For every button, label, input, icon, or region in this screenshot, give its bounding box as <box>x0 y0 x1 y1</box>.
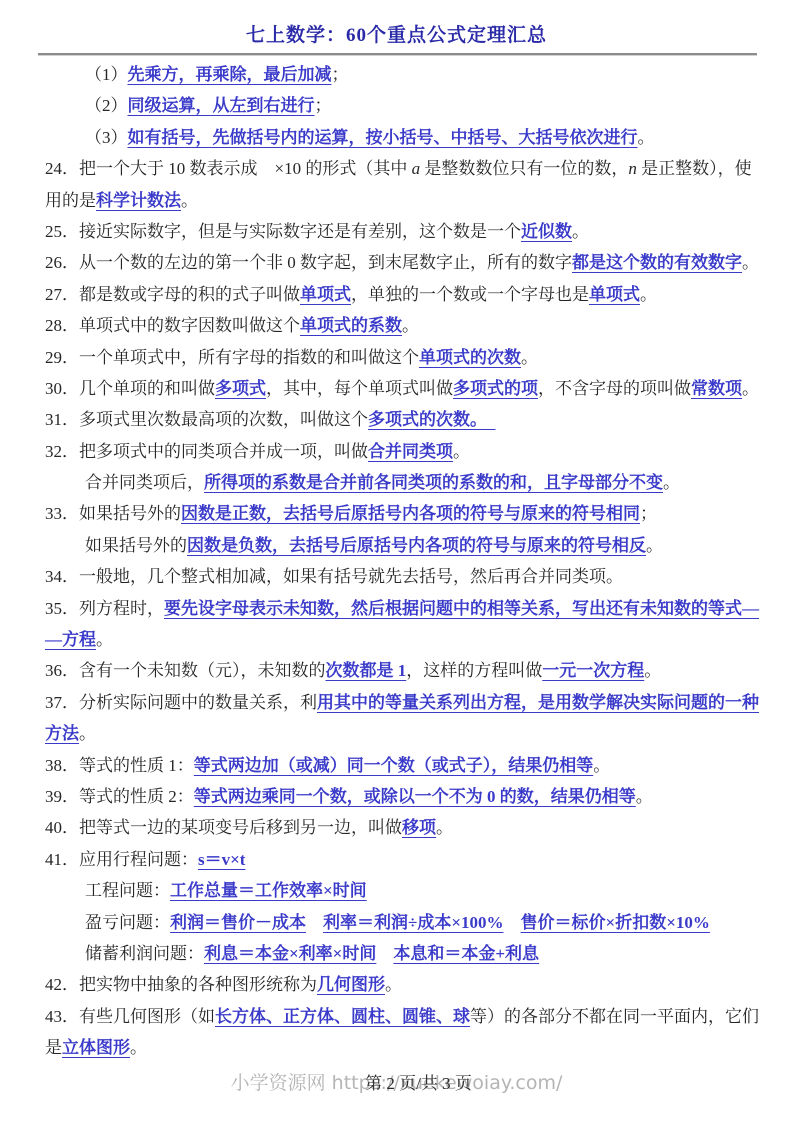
highlighted-term: 工作总量＝工作效率×时间 <box>170 881 367 900</box>
highlighted-term: 利润＝售价－成本 <box>170 913 306 932</box>
text-line: 30．几个单项的和叫做多项式，其中，每个单项式叫做多项式的项，不含字母的项叫做常… <box>45 373 757 404</box>
text-run: 。 <box>742 253 759 272</box>
text-run: ； <box>315 96 332 115</box>
highlighted-term: 单项式 <box>300 285 351 304</box>
text-run: 等）的各部分不都在同一平面内，它们 <box>470 1007 759 1026</box>
title-divider <box>38 53 757 56</box>
text-run: 38．等式的性质 1： <box>45 756 194 775</box>
highlighted-term: 常数项 <box>691 379 742 398</box>
text-run: 合并同类项后， <box>85 473 204 492</box>
highlighted-term: 单项式的系数 <box>300 316 402 335</box>
text-line: 32．把多项式中的同类项合并成一项，叫做合并同类项。 <box>45 436 757 467</box>
text-run: 。 <box>663 473 680 492</box>
text-run: 29．一个单项式中，所有字母的指数的和叫做这个 <box>45 348 419 367</box>
text-run: ，不含字母的项叫做 <box>538 379 691 398</box>
text-run: 如果括号外的 <box>85 536 187 555</box>
text-run: 。 <box>453 442 470 461</box>
text-run: ，单独的一个数或一个字母也是 <box>351 285 589 304</box>
text-run: 用的是 <box>45 191 96 210</box>
text-line: 43．有些几何图形（如长方体、正方体、圆柱、圆锥、球等）的各部分不都在同一平面内… <box>45 1001 757 1032</box>
text-line: 盈亏问题：利润＝售价－成本 利率＝利润÷成本×100% 售价＝标价×折扣数×10… <box>45 907 757 938</box>
highlighted-term: 长方体、正方体、圆柱、圆锥、球 <box>215 1007 470 1026</box>
highlighted-term: 多项式 <box>215 379 266 398</box>
text-run: 。 <box>572 222 589 241</box>
text-run: 41．应用行程问题： <box>45 850 198 869</box>
highlighted-term: 所得项的系数是合并前各同类项的系数的和，且字母部分不变 <box>204 473 663 492</box>
text-line: （1）先乘方，再乘除，最后加减； <box>45 59 757 90</box>
text-run: 是 <box>45 1038 62 1057</box>
highlighted-term: 因数是正数，去括号后原括号内各项的符号与原来的符号相同 <box>181 504 640 523</box>
highlighted-term: 合并同类项 <box>368 442 453 461</box>
text-run: 。 <box>521 348 538 367</box>
highlighted-term: 先乘方，再乘除，最后加减 <box>128 65 332 84</box>
text-line: 34．一般地，几个整式相加减，如果有括号就先去括号，然后再合并同类项。 <box>45 561 757 592</box>
text-run: 。 <box>640 285 657 304</box>
text-line: 24．把一个大于 10 数表示成 ×10 的形式（其中 a 是整数数位只有一位的… <box>45 153 757 184</box>
highlighted-term: 单项式的次数 <box>419 348 521 367</box>
text-line: （3）如有括号，先做括号内的运算，按小括号、中括号、大括号依次进行。 <box>45 122 757 153</box>
text-run: 。 <box>79 724 96 743</box>
text-line: 28．单项式中的数字因数叫做这个单项式的系数。 <box>45 310 757 341</box>
text-line: 工程问题：工作总量＝工作效率×时间 <box>45 875 757 906</box>
text-run: 39．等式的性质 2： <box>45 787 194 806</box>
text-run: 33．如果括号外的 <box>45 504 181 523</box>
text-run: 工程问题： <box>85 881 170 900</box>
highlighted-term: 立体图形 <box>62 1038 130 1057</box>
highlighted-term: 移项 <box>402 818 436 837</box>
text-line: 储蓄利润问题：利息＝本金×利率×时间 本息和＝本金+利息 <box>45 938 757 969</box>
text-line: 25．接近实际数字，但是与实际数字还是有差别，这个数是一个近似数。 <box>45 216 757 247</box>
text-line: 35．列方程时，要先设字母表示未知数，然后根据问题中的相等关系，写出还有未知数的… <box>45 593 757 624</box>
text-run <box>306 913 323 932</box>
highlighted-term: —方程 <box>45 630 96 649</box>
text-run: a <box>412 159 421 178</box>
text-run: n <box>628 159 637 178</box>
highlighted-term: 用其中的等量关系列出方程，是用数学解决实际问题的一种 <box>317 693 759 712</box>
highlighted-term: 等式两边加（或减）同一个数（或式子），结果仍相等 <box>194 756 594 775</box>
text-line: 37．分析实际问题中的数量关系，利用其中的等量关系列出方程，是用数学解决实际问题… <box>45 687 757 718</box>
text-run <box>376 944 393 963</box>
text-run: 31．多项式里次数最高项的次数，叫做这个 <box>45 410 368 429</box>
text-run <box>504 913 521 932</box>
document-page: 七上数学：60个重点公式定理汇总 （1）先乘方，再乘除，最后加减；（2）同级运算… <box>0 0 793 1122</box>
highlighted-term: 一元一次方程 <box>542 661 644 680</box>
text-line: 41．应用行程问题：s＝v×t <box>45 844 757 875</box>
highlighted-term: 多项式的项 <box>453 379 538 398</box>
text-run: 是整数数位只有一位的数， <box>420 159 628 178</box>
text-run: 。 <box>644 661 661 680</box>
highlighted-term: 近似数 <box>521 222 572 241</box>
text-line: 方法。 <box>45 718 757 749</box>
highlighted-term: 次数都是 1 <box>326 661 407 680</box>
highlighted-term: 几何图形 <box>317 975 385 994</box>
highlighted-term: 售价＝标价×折扣数×10% <box>521 913 710 932</box>
text-line: 合并同类项后，所得项的系数是合并前各同类项的系数的和，且字母部分不变。 <box>45 467 757 498</box>
text-line: 31．多项式里次数最高项的次数，叫做这个多项式的次数。 <box>45 404 757 435</box>
text-line: 33．如果括号外的因数是正数，去括号后原括号内各项的符号与原来的符号相同； <box>45 498 757 529</box>
highlighted-term: 如有括号，先做括号内的运算，按小括号、中括号、大括号依次进行 <box>128 128 638 147</box>
highlighted-term: 单项式 <box>589 285 640 304</box>
highlighted-term: 本息和＝本金+利息 <box>393 944 539 963</box>
text-run: ，其中，每个单项式叫做 <box>266 379 453 398</box>
text-run: 。 <box>636 787 653 806</box>
text-run: ； <box>332 65 349 84</box>
text-run: 。 <box>593 756 610 775</box>
text-run: 。 <box>402 316 419 335</box>
text-run: 32．把多项式中的同类项合并成一项，叫做 <box>45 442 368 461</box>
highlighted-term: 同级运算，从左到右进行 <box>128 96 315 115</box>
text-line: —方程。 <box>45 624 757 655</box>
text-run: 43．有些几何图形（如 <box>45 1007 215 1026</box>
highlighted-term: s＝v×t <box>198 850 245 869</box>
text-line: 27．都是数或字母的积的式子叫做单项式，单独的一个数或一个字母也是单项式。 <box>45 279 757 310</box>
text-run: （2） <box>85 96 128 115</box>
text-line: 38．等式的性质 1：等式两边加（或减）同一个数（或式子），结果仍相等。 <box>45 750 757 781</box>
text-run: 34．一般地，几个整式相加减，如果有括号就先去括号，然后再合并同类项。 <box>45 567 623 586</box>
text-run: 。 <box>742 379 759 398</box>
text-line: 40．把等式一边的某项变号后移到另一边，叫做移项。 <box>45 812 757 843</box>
text-line: 如果括号外的因数是负数，去括号后原括号内各项的符号与原来的符号相反。 <box>45 530 757 561</box>
text-run: 37．分析实际问题中的数量关系，利 <box>45 693 317 712</box>
highlighted-term: 等式两边乘同一个数，或除以一个不为 0 的数，结果仍相等 <box>194 787 636 806</box>
text-run: 25．接近实际数字，但是与实际数字还是有差别，这个数是一个 <box>45 222 521 241</box>
text-line: 39．等式的性质 2：等式两边乘同一个数，或除以一个不为 0 的数，结果仍相等。 <box>45 781 757 812</box>
text-run: 储蓄利润问题： <box>85 944 204 963</box>
highlighted-term: 利息＝本金×利率×时间 <box>204 944 376 963</box>
highlighted-term: 因数是负数，去括号后原括号内各项的符号与原来的符号相反 <box>187 536 646 555</box>
text-run: 27．都是数或字母的积的式子叫做 <box>45 285 300 304</box>
text-line: 42．把实物中抽象的各种图形统称为几何图形。 <box>45 969 757 1000</box>
highlighted-term: 多项式的次数。 <box>368 410 496 429</box>
text-run: 26．从一个数的左边的第一个非 0 数字起，到末尾数字止，所有的数字 <box>45 253 572 272</box>
text-run: ，这样的方程叫做 <box>406 661 542 680</box>
text-run: （1） <box>85 65 128 84</box>
text-run: 36．含有一个未知数（元），未知数的 <box>45 661 326 680</box>
text-run: 28．单项式中的数字因数叫做这个 <box>45 316 300 335</box>
text-run: （3） <box>85 128 128 147</box>
highlighted-term: 方法 <box>45 724 79 743</box>
highlighted-term: 都是这个数的有效数字 <box>572 253 742 272</box>
text-run: 。 <box>436 818 453 837</box>
text-run: 24．把一个大于 10 数表示成 ×10 的形式（其中 <box>45 159 412 178</box>
text-line: 是立体图形。 <box>45 1032 757 1063</box>
text-run: 。 <box>130 1038 147 1057</box>
highlighted-term: 要先设字母表示未知数，然后根据问题中的相等关系，写出还有未知数的等式— <box>164 599 759 618</box>
page-title: 七上数学：60个重点公式定理汇总 <box>0 20 793 47</box>
text-run: 30．几个单项的和叫做 <box>45 379 215 398</box>
highlighted-term: 科学计数法 <box>96 191 181 210</box>
text-run: 。 <box>385 975 402 994</box>
page-footer: 小学资源网 https://xuekewoiay.com/ 第 2 页/共 3 … <box>0 1066 793 1096</box>
text-run: 。 <box>638 128 655 147</box>
text-run: 。 <box>646 536 663 555</box>
document-body: （1）先乘方，再乘除，最后加减；（2）同级运算，从左到右进行；（3）如有括号，先… <box>45 59 757 1064</box>
text-run: 42．把实物中抽象的各种图形统称为 <box>45 975 317 994</box>
highlighted-term: 利率＝利润÷成本×100% <box>323 913 504 932</box>
text-line: 29．一个单项式中，所有字母的指数的和叫做这个单项式的次数。 <box>45 342 757 373</box>
text-line: 用的是科学计数法。 <box>45 185 757 216</box>
text-run: 盈亏问题： <box>85 913 170 932</box>
text-run: 。 <box>181 191 198 210</box>
text-line: 36．含有一个未知数（元），未知数的次数都是 1，这样的方程叫做一元一次方程。 <box>45 655 757 686</box>
text-run: ； <box>640 504 657 523</box>
page-number: 第 2 页/共 3 页 <box>365 1069 472 1094</box>
text-run: 35．列方程时， <box>45 599 164 618</box>
text-line: （2）同级运算，从左到右进行； <box>45 90 757 121</box>
text-run: 40．把等式一边的某项变号后移到另一边，叫做 <box>45 818 402 837</box>
text-line: 26．从一个数的左边的第一个非 0 数字起，到末尾数字止，所有的数字都是这个数的… <box>45 247 757 278</box>
text-run: 。 <box>96 630 113 649</box>
text-run: 是正整数），使 <box>637 159 752 178</box>
